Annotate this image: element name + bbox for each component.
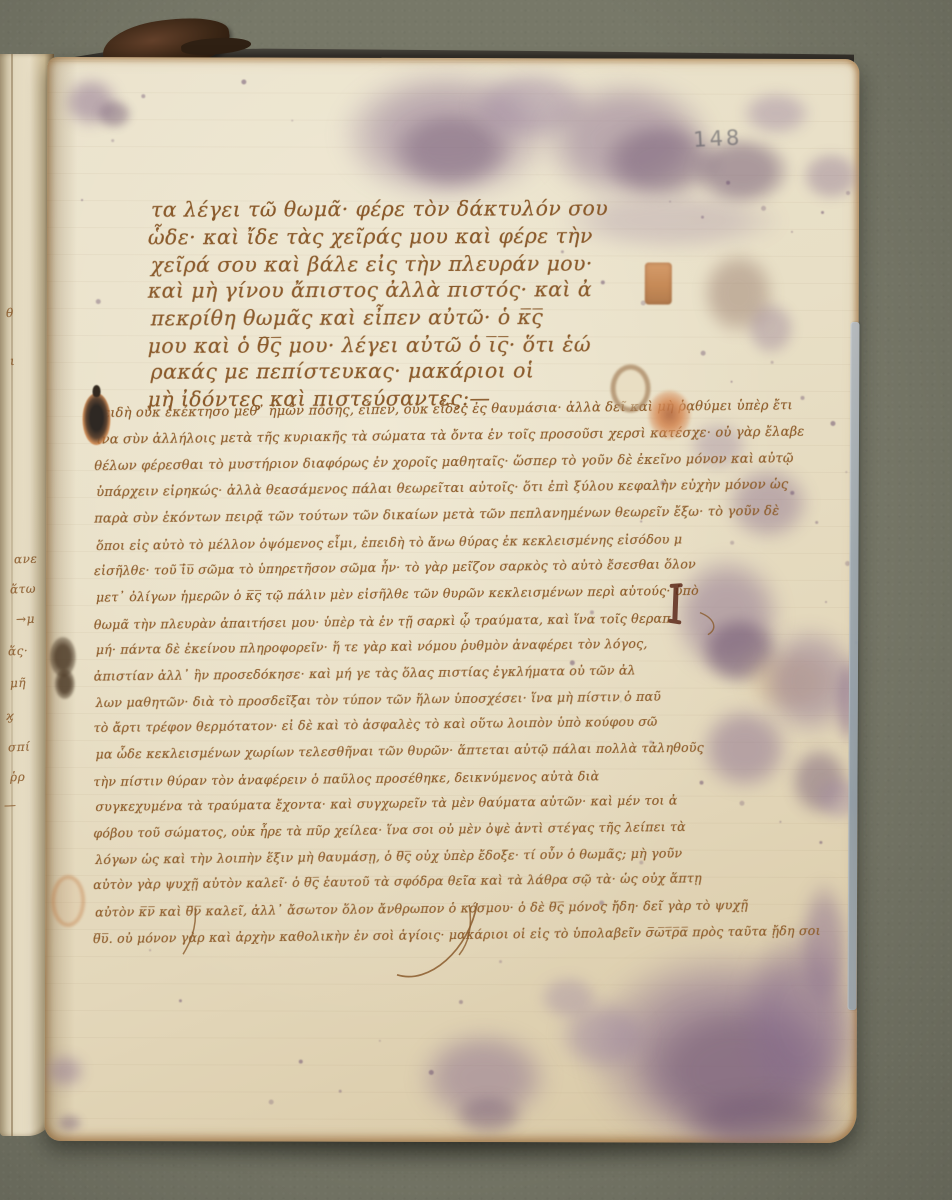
gospel-line: ὧδε· καὶ ἴδε τὰς χεῖράς μου καὶ φέρε τὴν bbox=[148, 222, 711, 251]
marginalia-fragment: ἅτω bbox=[10, 582, 37, 597]
mold-speckle bbox=[81, 199, 83, 201]
mold-speckle bbox=[269, 1100, 274, 1105]
gutter-shadow bbox=[45, 57, 78, 1141]
mold-speckle bbox=[499, 960, 502, 963]
mold-speckle bbox=[821, 211, 824, 214]
mold-speckle bbox=[179, 999, 182, 1002]
folio-number: 148 bbox=[693, 125, 743, 151]
mold-speckle bbox=[339, 1090, 342, 1093]
mold-stain bbox=[741, 91, 811, 136]
mold-speckle bbox=[726, 181, 730, 185]
marginalia-fragment: ανε bbox=[14, 552, 38, 567]
mold-speckle bbox=[141, 94, 145, 98]
decorated-initial bbox=[82, 393, 110, 445]
theta-ornament bbox=[610, 364, 650, 412]
mold-stain bbox=[746, 301, 796, 356]
gospel-line: τα λέγει τῶ θωμᾶ· φέρε τὸν δάκτυλόν σου bbox=[151, 195, 711, 224]
manuscript-photo: ανεἅτω→μἅς·μῆϗσπίῥρθι— τα λέγει τῶ θωμᾶ·… bbox=[0, 0, 952, 1200]
manuscript-page: τα λέγει τῶ θωμᾶ· φέρε τὸν δάκτυλόν σουὧ… bbox=[45, 57, 860, 1143]
mold-speckle bbox=[761, 206, 766, 211]
gospel-line: μου καὶ ὁ θ̅ς̅ μου· λέγει αὐτῶ ὁ ι̅ς̅· ὅ… bbox=[148, 331, 711, 360]
mold-stain bbox=[57, 1114, 83, 1132]
mold-stain bbox=[801, 151, 859, 201]
ghost-initial bbox=[51, 875, 85, 927]
marginalia-fragment: ϗ bbox=[6, 709, 14, 723]
mold-speckle bbox=[379, 1040, 381, 1042]
mold-speckle bbox=[299, 1060, 303, 1064]
gospel-line: πεκρίθη θωμᾶς καὶ εἶπεν αὐτῶ· ὁ κ̅ς̅ bbox=[151, 303, 711, 332]
mold-stain bbox=[454, 1095, 524, 1135]
mold-speckle bbox=[111, 139, 114, 142]
mold-speckle bbox=[241, 79, 246, 84]
mold-stain bbox=[45, 1054, 85, 1088]
commentary-block: πειδὴ οὐκ ἐκέκτησο μεθ᾽ ἡμῶν πόσης, εἶπε… bbox=[93, 406, 859, 958]
marginalia-fragment: ἅς· bbox=[8, 644, 29, 659]
ink-bleed-spot bbox=[55, 669, 75, 699]
marginalia-fragment: σπί bbox=[8, 740, 31, 755]
seal-stain bbox=[648, 391, 690, 439]
marginalia-fragment: θ bbox=[6, 306, 14, 320]
mold-speckle bbox=[96, 299, 101, 304]
mold-speckle bbox=[791, 231, 793, 233]
marginalia-fragment: ι bbox=[10, 354, 16, 368]
marginalia-fragment: μῆ bbox=[10, 676, 26, 691]
marginalia-fragment: — bbox=[4, 798, 17, 812]
mold-stain bbox=[539, 975, 599, 1020]
mold-stain bbox=[96, 99, 132, 129]
marginalia-fragment: →μ bbox=[16, 612, 35, 627]
gospel-line: καὶ μὴ γίνου ἄπιστος ἀλλὰ πιστός· καὶ ἀ bbox=[148, 276, 711, 305]
gospel-line: χεῖρά σου καὶ βάλε εἰς τὴν πλευράν μου· bbox=[151, 250, 711, 279]
mold-speckle bbox=[429, 1070, 434, 1075]
mold-speckle bbox=[291, 120, 293, 122]
mold-speckle bbox=[459, 1000, 463, 1004]
marginalia-fragment: ῥρ bbox=[10, 770, 26, 785]
mold-speckle bbox=[846, 191, 850, 195]
wax-stain bbox=[645, 263, 672, 305]
mold-speckle bbox=[731, 381, 733, 383]
mold-speckle bbox=[771, 361, 774, 364]
